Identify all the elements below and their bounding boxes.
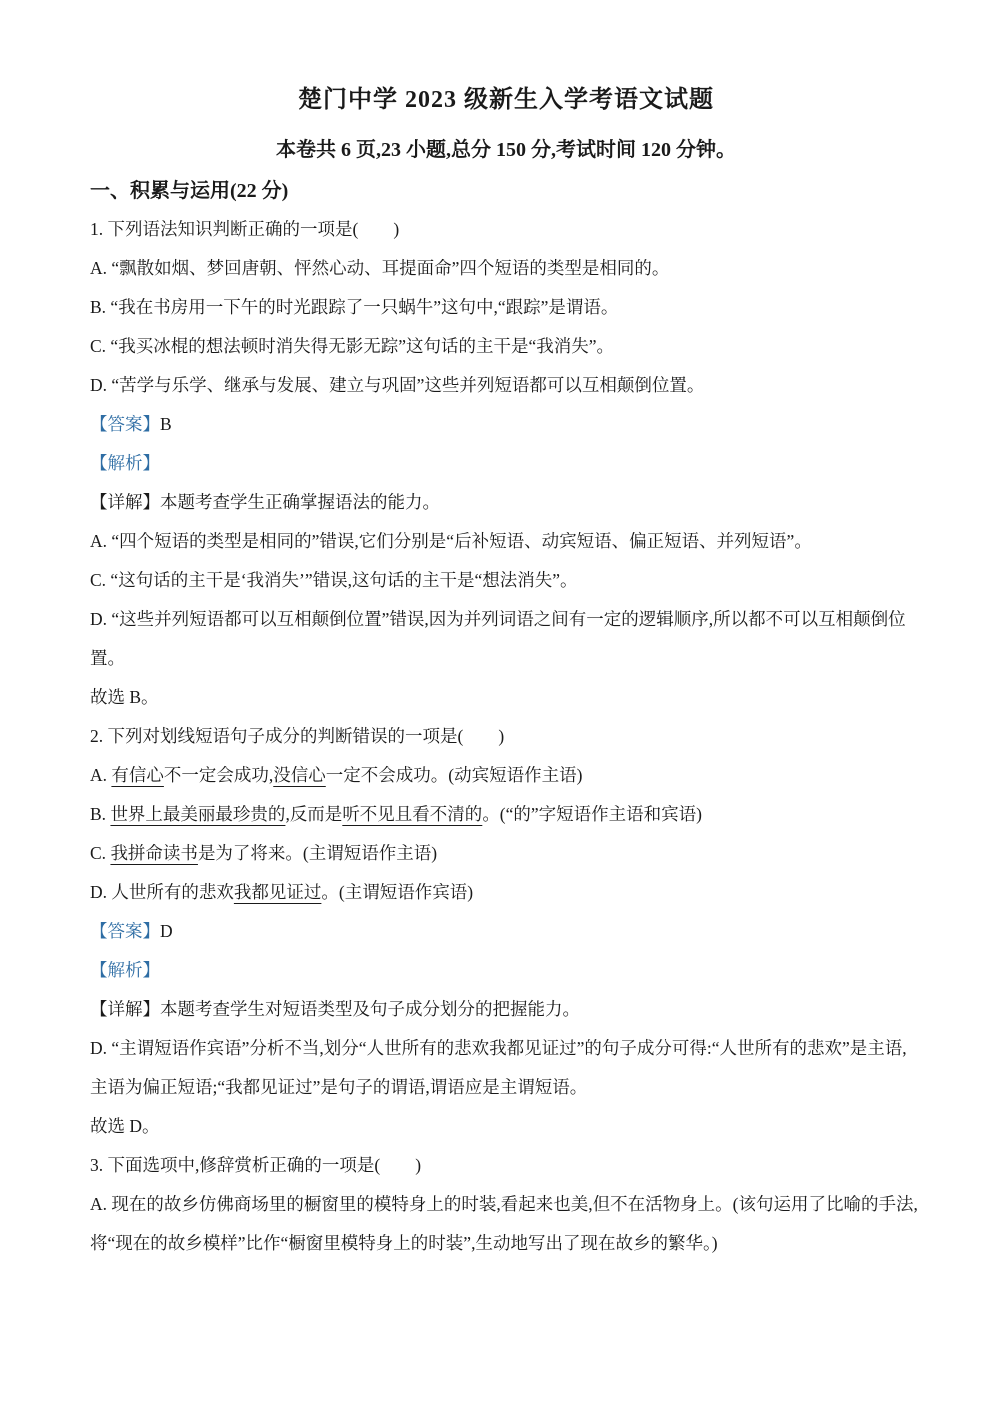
- text-run: B. “我在书房用一下午的时光跟踪了一只蜗牛”这句中,“跟踪”是谓语。: [90, 297, 618, 317]
- text-run: 是为了将来。(主谓短语作主语): [198, 843, 437, 863]
- text-run: C.: [90, 843, 110, 863]
- q1-option-c: C. “我买冰棍的想法顿时消失得无影无踪”这句话的主干是“我消失”。: [90, 327, 922, 366]
- q2-conclusion: 故选 D。: [90, 1107, 922, 1146]
- q2-answer: 【答案】D: [90, 912, 922, 951]
- text-run: 一定不会成功。(动宾短语作主语): [326, 765, 583, 785]
- text-run: 2. 下列对划线短语句子成分的判断错误的一项是( ): [90, 726, 504, 746]
- answer-label: 【答案】: [90, 921, 160, 941]
- text-run: D. 人世所有的悲欢: [90, 882, 234, 902]
- underlined-phrase: 世界上最美丽最珍贵的: [110, 804, 285, 824]
- underlined-phrase: 有信心: [111, 765, 164, 785]
- q2-option-a: A. 有信心不一定会成功,没信心一定不会成功。(动宾短语作主语): [90, 756, 922, 795]
- underlined-phrase: 听不见且看不清的: [342, 804, 482, 824]
- question-1-stem: 1. 下列语法知识判断正确的一项是( ): [90, 210, 922, 249]
- text-run: 【详解】本题考查学生正确掌握语法的能力。: [90, 492, 440, 512]
- text-run: A. “四个短语的类型是相同的”错误,它们分别是“后补短语、动宾短语、偏正短语、…: [90, 531, 812, 551]
- document-body: 1. 下列语法知识判断正确的一项是( )A. “飘散如烟、梦回唐朝、怦然心动、耳…: [90, 210, 922, 1263]
- text-run: 。(主谓短语作宾语): [321, 882, 473, 902]
- q1-detail-intro: 【详解】本题考查学生正确掌握语法的能力。: [90, 483, 922, 522]
- question-3-stem: 3. 下面选项中,修辞赏析正确的一项是( ): [90, 1146, 922, 1185]
- answer-label: 【解析】: [90, 453, 160, 473]
- text-run: 1. 下列语法知识判断正确的一项是( ): [90, 219, 399, 239]
- q1-conclusion: 故选 B。: [90, 678, 922, 717]
- underlined-phrase: 我拼命读书: [110, 843, 198, 863]
- q1-detail-d: D. “这些并列短语都可以互相颠倒位置”错误,因为并列词语之间有一定的逻辑顺序,…: [90, 600, 922, 678]
- text-run: B: [160, 414, 172, 434]
- q2-analysis-label: 【解析】: [90, 951, 922, 990]
- q1-option-b: B. “我在书房用一下午的时光跟踪了一只蜗牛”这句中,“跟踪”是谓语。: [90, 288, 922, 327]
- text-run: A. 现在的故乡仿佛商场里的橱窗里的模特身上的时装,看起来也美,但不在活物身上。…: [90, 1194, 918, 1253]
- document-title: 楚门中学 2023 级新生入学考语文试题: [90, 80, 922, 120]
- text-run: 【详解】本题考查学生对短语类型及句子成分划分的把握能力。: [90, 999, 580, 1019]
- text-run: A.: [90, 765, 111, 785]
- q2-detail-intro: 【详解】本题考查学生对短语类型及句子成分划分的把握能力。: [90, 990, 922, 1029]
- question-2-stem: 2. 下列对划线短语句子成分的判断错误的一项是( ): [90, 717, 922, 756]
- exam-document-page: 楚门中学 2023 级新生入学考语文试题 本卷共 6 页,23 小题,总分 15…: [0, 0, 1000, 1414]
- text-run: A. “飘散如烟、梦回唐朝、怦然心动、耳提面命”四个短语的类型是相同的。: [90, 258, 669, 278]
- q1-analysis-label: 【解析】: [90, 444, 922, 483]
- document-subtitle: 本卷共 6 页,23 小题,总分 150 分,考试时间 120 分钟。: [90, 130, 922, 170]
- text-run: 故选 B。: [90, 687, 159, 707]
- text-run: C. “这句话的主干是‘我消失’”错误,这句话的主干是“想法消失”。: [90, 570, 578, 590]
- q2-option-b: B. 世界上最美丽最珍贵的,反而是听不见且看不清的。(“的”字短语作主语和宾语): [90, 795, 922, 834]
- answer-label: 【解析】: [90, 960, 160, 980]
- q1-option-d: D. “苦学与乐学、继承与发展、建立与巩固”这些并列短语都可以互相颠倒位置。: [90, 366, 922, 405]
- underlined-phrase: 没信心: [273, 765, 326, 785]
- text-run: D: [160, 921, 173, 941]
- answer-label: 【答案】: [90, 414, 160, 434]
- text-run: ,反而是: [285, 804, 342, 824]
- text-run: 不一定会成功,: [164, 765, 273, 785]
- text-run: 3. 下面选项中,修辞赏析正确的一项是( ): [90, 1155, 421, 1175]
- text-run: 故选 D。: [90, 1116, 160, 1136]
- q1-answer: 【答案】B: [90, 405, 922, 444]
- underlined-phrase: 我都见证过: [234, 882, 322, 902]
- text-run: 。(“的”字短语作主语和宾语): [482, 804, 702, 824]
- text-run: C. “我买冰棍的想法顿时消失得无影无踪”这句话的主干是“我消失”。: [90, 336, 614, 356]
- q2-option-c: C. 我拼命读书是为了将来。(主谓短语作主语): [90, 834, 922, 873]
- text-run: D. “这些并列短语都可以互相颠倒位置”错误,因为并列词语之间有一定的逻辑顺序,…: [90, 609, 906, 668]
- q2-detail-d: D. “主谓短语作宾语”分析不当,划分“人世所有的悲欢我都见证过”的句子成分可得…: [90, 1029, 922, 1107]
- text-run: D. “主谓短语作宾语”分析不当,划分“人世所有的悲欢我都见证过”的句子成分可得…: [90, 1038, 907, 1097]
- text-run: D. “苦学与乐学、继承与发展、建立与巩固”这些并列短语都可以互相颠倒位置。: [90, 375, 704, 395]
- section-heading: 一、积累与运用(22 分): [90, 172, 922, 210]
- q3-option-a: A. 现在的故乡仿佛商场里的橱窗里的模特身上的时装,看起来也美,但不在活物身上。…: [90, 1185, 922, 1263]
- q1-option-a: A. “飘散如烟、梦回唐朝、怦然心动、耳提面命”四个短语的类型是相同的。: [90, 249, 922, 288]
- q1-detail-c: C. “这句话的主干是‘我消失’”错误,这句话的主干是“想法消失”。: [90, 561, 922, 600]
- q1-detail-a: A. “四个短语的类型是相同的”错误,它们分别是“后补短语、动宾短语、偏正短语、…: [90, 522, 922, 561]
- q2-option-d: D. 人世所有的悲欢我都见证过。(主谓短语作宾语): [90, 873, 922, 912]
- text-run: B.: [90, 804, 110, 824]
